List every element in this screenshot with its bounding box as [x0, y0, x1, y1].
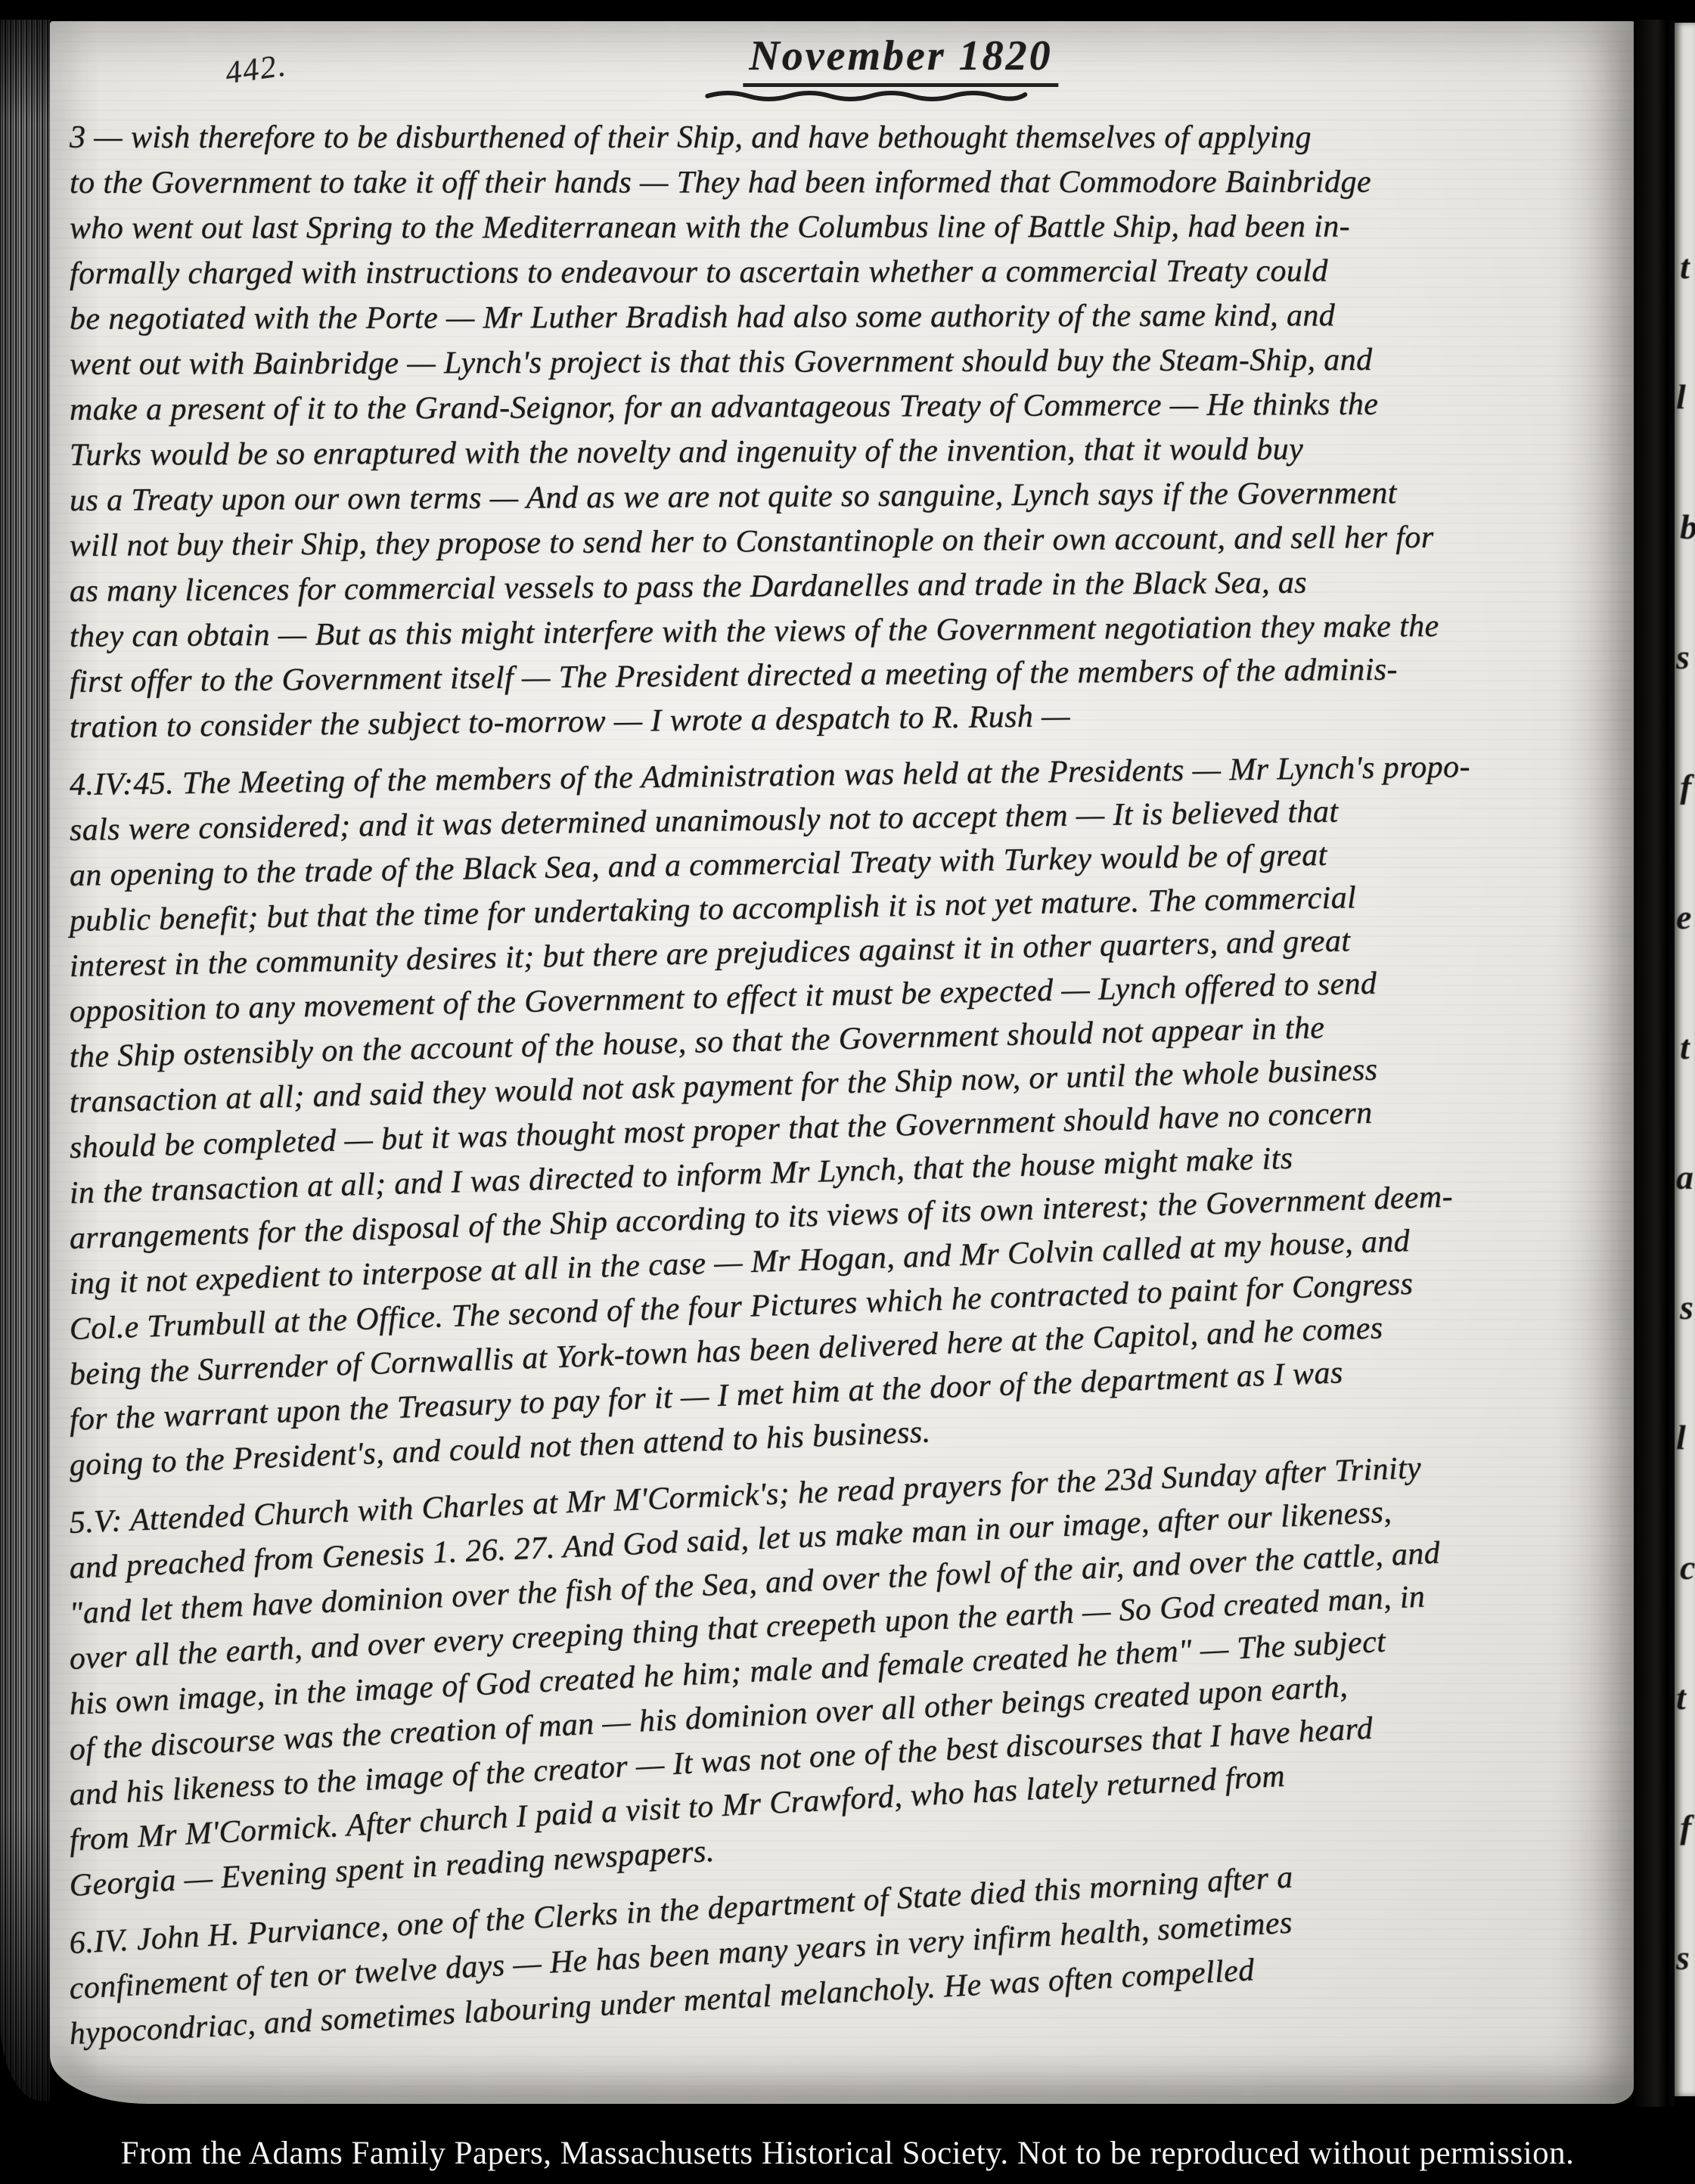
diary-entry: 6.IV. John H. Purviance, one of the Cler…: [70, 1921, 1622, 2057]
manuscript-line: went out with Bainbridge — Lynch's proje…: [70, 337, 1622, 387]
title-underline-flourish: [703, 89, 1029, 103]
scanned-diary-screenshot: 442. November 1820 3 — wish therefore to…: [0, 0, 1695, 2184]
page-number: 442.: [223, 48, 289, 92]
facing-page-ink-mark: f: [1680, 1810, 1695, 1845]
page-header: November 1820: [743, 32, 1058, 103]
facing-page-ink-mark: t: [1680, 1030, 1695, 1065]
facing-page-ink-mark: s: [1680, 1290, 1695, 1325]
facing-page-edge: tlbsfetaslctfs: [1675, 23, 1695, 2096]
manuscript-line: who went out last Spring to the Mediterr…: [70, 203, 1622, 251]
diary-entry: 5.V: Attended Church with Charles at Mr …: [70, 1500, 1622, 1909]
archive-credit-line: From the Adams Family Papers, Massachuse…: [0, 2135, 1695, 2172]
facing-page-ink-mark: l: [1676, 380, 1694, 414]
book-gutter-shadow: [1632, 20, 1675, 2107]
book-binding-edge: [0, 20, 50, 2101]
manuscript-line: make a present of it to the Grand-Seigno…: [70, 380, 1622, 433]
facing-page-ink-mark: a: [1676, 1160, 1694, 1195]
facing-page-ink-mark: s: [1676, 640, 1694, 675]
facing-page-ink-mark: l: [1676, 1420, 1694, 1455]
page-title: November 1820: [743, 32, 1058, 87]
facing-page-ink-mark: c: [1680, 1550, 1695, 1585]
facing-page-ink-mark: b: [1680, 510, 1695, 544]
facing-page-ink-mark: e: [1676, 900, 1694, 935]
manuscript-page: 442. November 1820 3 — wish therefore to…: [50, 21, 1634, 2104]
manuscript-line: formally charged with instructions to en…: [70, 248, 1622, 296]
facing-page-ink-mark: f: [1680, 770, 1695, 805]
facing-page-ink-mark: s: [1676, 1940, 1694, 1975]
manuscript-line: 3 — wish therefore to be disburthened of…: [70, 115, 1622, 160]
diary-entries: 3 — wish therefore to be disburthened of…: [70, 115, 1622, 2057]
facing-page-ink-mark: t: [1676, 1680, 1694, 1715]
manuscript-line: be negotiated with the Porte — Mr Luther…: [70, 292, 1622, 342]
diary-entry: 3 — wish therefore to be disburthened of…: [70, 115, 1622, 750]
diary-entry: 4.IV:45. The Meeting of the members of t…: [70, 762, 1622, 1488]
facing-page-ink-mark: t: [1680, 250, 1695, 284]
manuscript-line: to the Government to take it off their h…: [70, 160, 1622, 206]
